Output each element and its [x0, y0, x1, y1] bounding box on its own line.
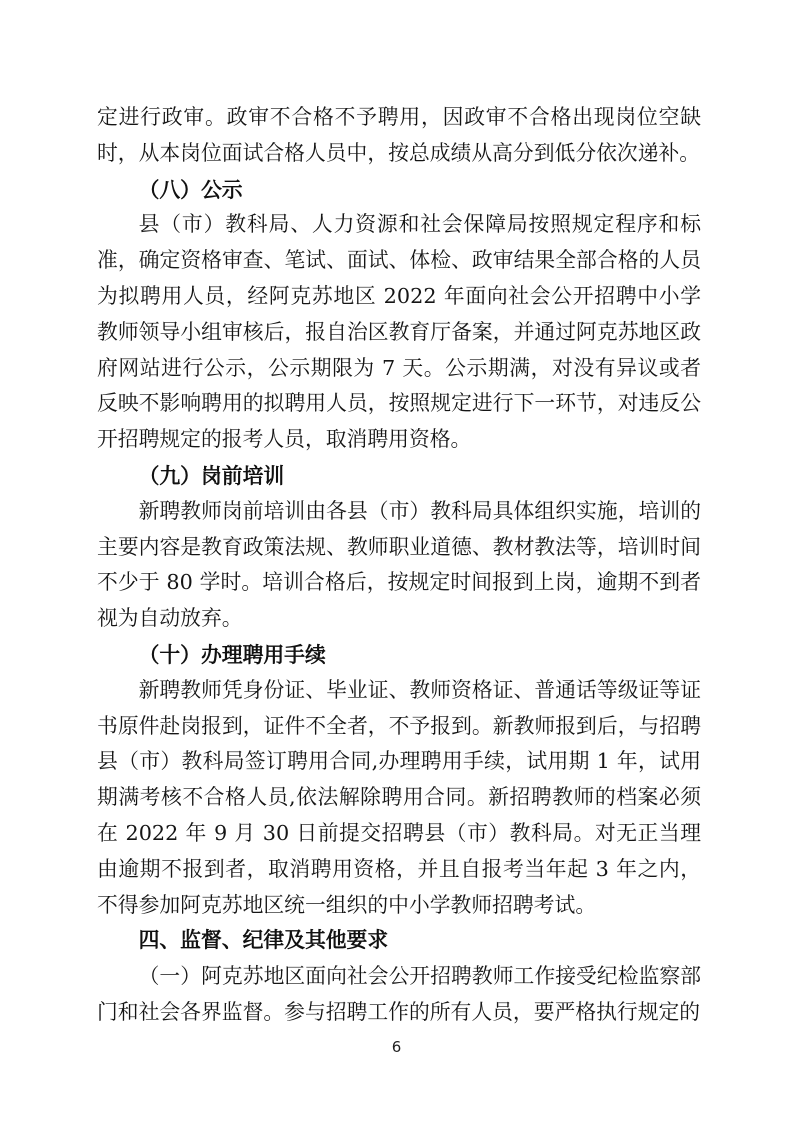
- section-heading-supervision-discipline: 四、监督、纪律及其他要求: [97, 923, 701, 959]
- subsection-heading-gangqian-peixun: （九）岗前培训: [97, 458, 701, 494]
- paragraph-political-review-continuation: 定进行政审。政审不合格不予聘用，因政审不合格出现岗位空缺时，从本岗位面试合格人员…: [97, 100, 701, 172]
- subsection-heading-banli-pinyong-shouxu: （十）办理聘用手续: [97, 637, 701, 673]
- document-page: 定进行政审。政审不合格不予聘用，因政审不合格出现岗位空缺时，从本岗位面试合格人员…: [0, 0, 793, 1122]
- paragraph-employment-procedures: 新聘教师凭身份证、毕业证、教师资格证、普通话等级证等证书原件赴岗报到，证件不全者…: [97, 673, 701, 924]
- document-body: 定进行政审。政审不合格不予聘用，因政审不合格出现岗位空缺时，从本岗位面试合格人员…: [97, 100, 701, 1031]
- page-number: 6: [392, 1038, 402, 1056]
- subsection-heading-gongshi: （八）公示: [97, 172, 701, 208]
- paragraph-supervision: （一）阿克苏地区面向社会公开招聘教师工作接受纪检监察部门和社会各界监督。参与招聘…: [97, 959, 701, 1031]
- paragraph-public-notice: 县（市）教科局、人力资源和社会保障局按照规定程序和标准，确定资格审查、笔试、面试…: [97, 207, 701, 458]
- paragraph-pre-job-training: 新聘教师岗前培训由各县（市）教科局具体组织实施，培训的主要内容是教育政策法规、教…: [97, 494, 701, 637]
- page-footer: 6: [0, 1036, 793, 1058]
